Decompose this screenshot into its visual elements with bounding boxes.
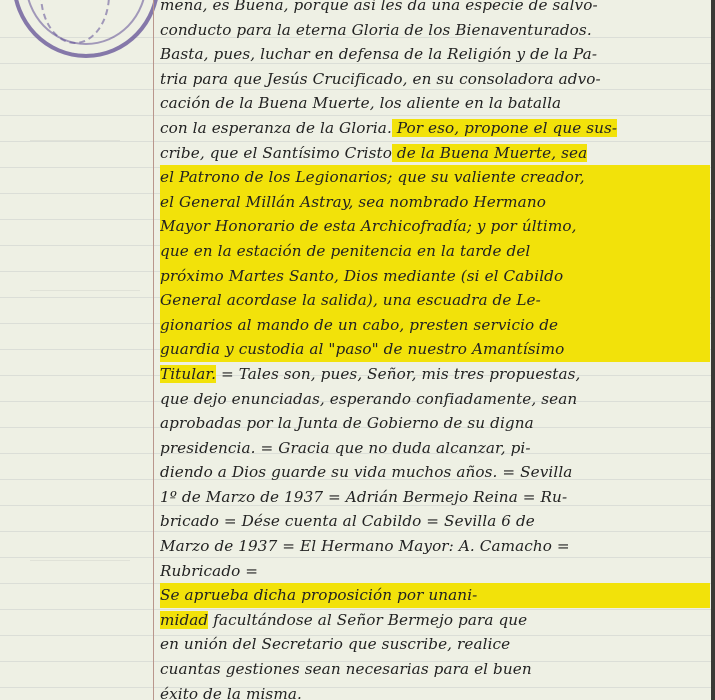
line-text: Se aprueba dicha proposición por unani- [160,586,477,604]
manuscript-line: conducto para la eterna Gloria de los Bi… [160,18,710,43]
highlighted-text: Titular. [160,365,216,383]
ledger-page: mena, es Buena, porque así les da una es… [0,0,715,700]
line-text: en unión del Secretario que suscribe, re… [160,635,510,653]
manuscript-line: el General Millán Astray, sea nombrado H… [160,190,710,215]
manuscript-line: cación de la Buena Muerte, los aliente e… [160,91,710,116]
handwritten-text-body: mena, es Buena, porque así les da una es… [160,0,710,700]
line-text: = Tales son, pues, Señor, mis tres propu… [216,365,580,383]
manuscript-line: en unión del Secretario que suscribe, re… [160,632,710,657]
line-text: próximo Martes Santo, Dios mediante (si … [160,267,563,285]
bleed-through-mark [30,290,140,291]
manuscript-line: aprobadas por la Junta de Gobierno de su… [160,411,710,436]
manuscript-line: el Patrono de los Legionarios; que su va… [160,165,710,190]
manuscript-line: mena, es Buena, porque así les da una es… [160,0,710,18]
line-text: mena, es Buena, porque así les da una es… [160,0,598,14]
manuscript-line: Mayor Honorario de esta Archicofradía; y… [160,214,710,239]
manuscript-line: con la esperanza de la Gloria. Por eso, … [160,116,710,141]
line-text: presidencia. = Gracia que no duda alcanz… [160,439,531,457]
line-text: tria para que Jesús Crucificado, en su c… [160,70,601,88]
manuscript-line: Titular. = Tales son, pues, Señor, mis t… [160,362,710,387]
line-text: Basta, pues, luchar en defensa de la Rel… [160,45,597,63]
line-text: facultándose al Señor Bermejo para que [208,611,527,629]
manuscript-line: diendo a Dios guarde su vida muchos años… [160,460,710,485]
line-text: 1º de Marzo de 1937 = Adrián Bermejo Rei… [160,488,567,506]
line-text: Marzo de 1937 = El Hermano Mayor: A. Cam… [160,537,570,555]
line-text: éxito de la misma. [160,685,302,700]
manuscript-line: midad facultándose al Señor Bermejo para… [160,608,710,633]
line-text: diendo a Dios guarde su vida muchos años… [160,463,572,481]
manuscript-line: Basta, pues, luchar en defensa de la Rel… [160,42,710,67]
line-text: el General Millán Astray, sea nombrado H… [160,193,546,211]
line-text: Mayor Honorario de esta Archicofradía; y… [160,217,577,235]
line-text: bricado = Dése cuenta al Cabildo = Sevil… [160,512,535,530]
line-text: cuantas gestiones sean necesarias para e… [160,660,532,678]
manuscript-line: tria para que Jesús Crucificado, en su c… [160,67,710,92]
highlighted-text: de la Buena Muerte, sea [392,144,587,162]
manuscript-line: presidencia. = Gracia que no duda alcanz… [160,436,710,461]
line-text: gionarios al mando de un cabo, presten s… [160,316,558,334]
manuscript-line: guardia y custodia al "paso" de nuestro … [160,337,710,362]
manuscript-line: próximo Martes Santo, Dios mediante (si … [160,264,710,289]
manuscript-line: bricado = Dése cuenta al Cabildo = Sevil… [160,509,710,534]
highlighted-text: Por eso, propone el que sus- [392,119,617,137]
manuscript-line: Marzo de 1937 = El Hermano Mayor: A. Cam… [160,534,710,559]
line-text: General acordase la salida), una escuadr… [160,291,541,309]
line-text: que en la estación de penitencia en la t… [160,242,530,260]
manuscript-line: que dejo enunciadas, esperando confiadam… [160,387,710,412]
manuscript-line: General acordase la salida), una escuadr… [160,288,710,313]
line-text: cribe, que el Santísimo Cristo [160,144,392,162]
line-text: cación de la Buena Muerte, los aliente e… [160,94,561,112]
line-text: con la esperanza de la Gloria. [160,119,392,137]
manuscript-line: que en la estación de penitencia en la t… [160,239,710,264]
manuscript-line: gionarios al mando de un cabo, presten s… [160,313,710,338]
highlighted-text: midad [160,611,208,629]
manuscript-line: 1º de Marzo de 1937 = Adrián Bermejo Rei… [160,485,710,510]
line-text: que dejo enunciadas, esperando confiadam… [160,390,577,408]
line-text: guardia y custodia al "paso" de nuestro … [160,340,564,358]
line-text: aprobadas por la Junta de Gobierno de su… [160,414,534,432]
manuscript-line: Rubricado = [160,559,710,584]
manuscript-line: Se aprueba dicha proposición por unani- [160,583,710,608]
line-text: Rubricado = [160,562,258,580]
manuscript-line: cuantas gestiones sean necesarias para e… [160,657,710,682]
bleed-through-mark [30,140,120,141]
bleed-through-mark [30,560,130,561]
manuscript-line: éxito de la misma. [160,682,710,700]
page-edge [711,0,715,700]
margin-rule [153,0,154,700]
line-text: el Patrono de los Legionarios; que su va… [160,168,585,186]
manuscript-line: cribe, que el Santísimo Cristo de la Bue… [160,141,710,166]
line-text: conducto para la eterna Gloria de los Bi… [160,21,592,39]
